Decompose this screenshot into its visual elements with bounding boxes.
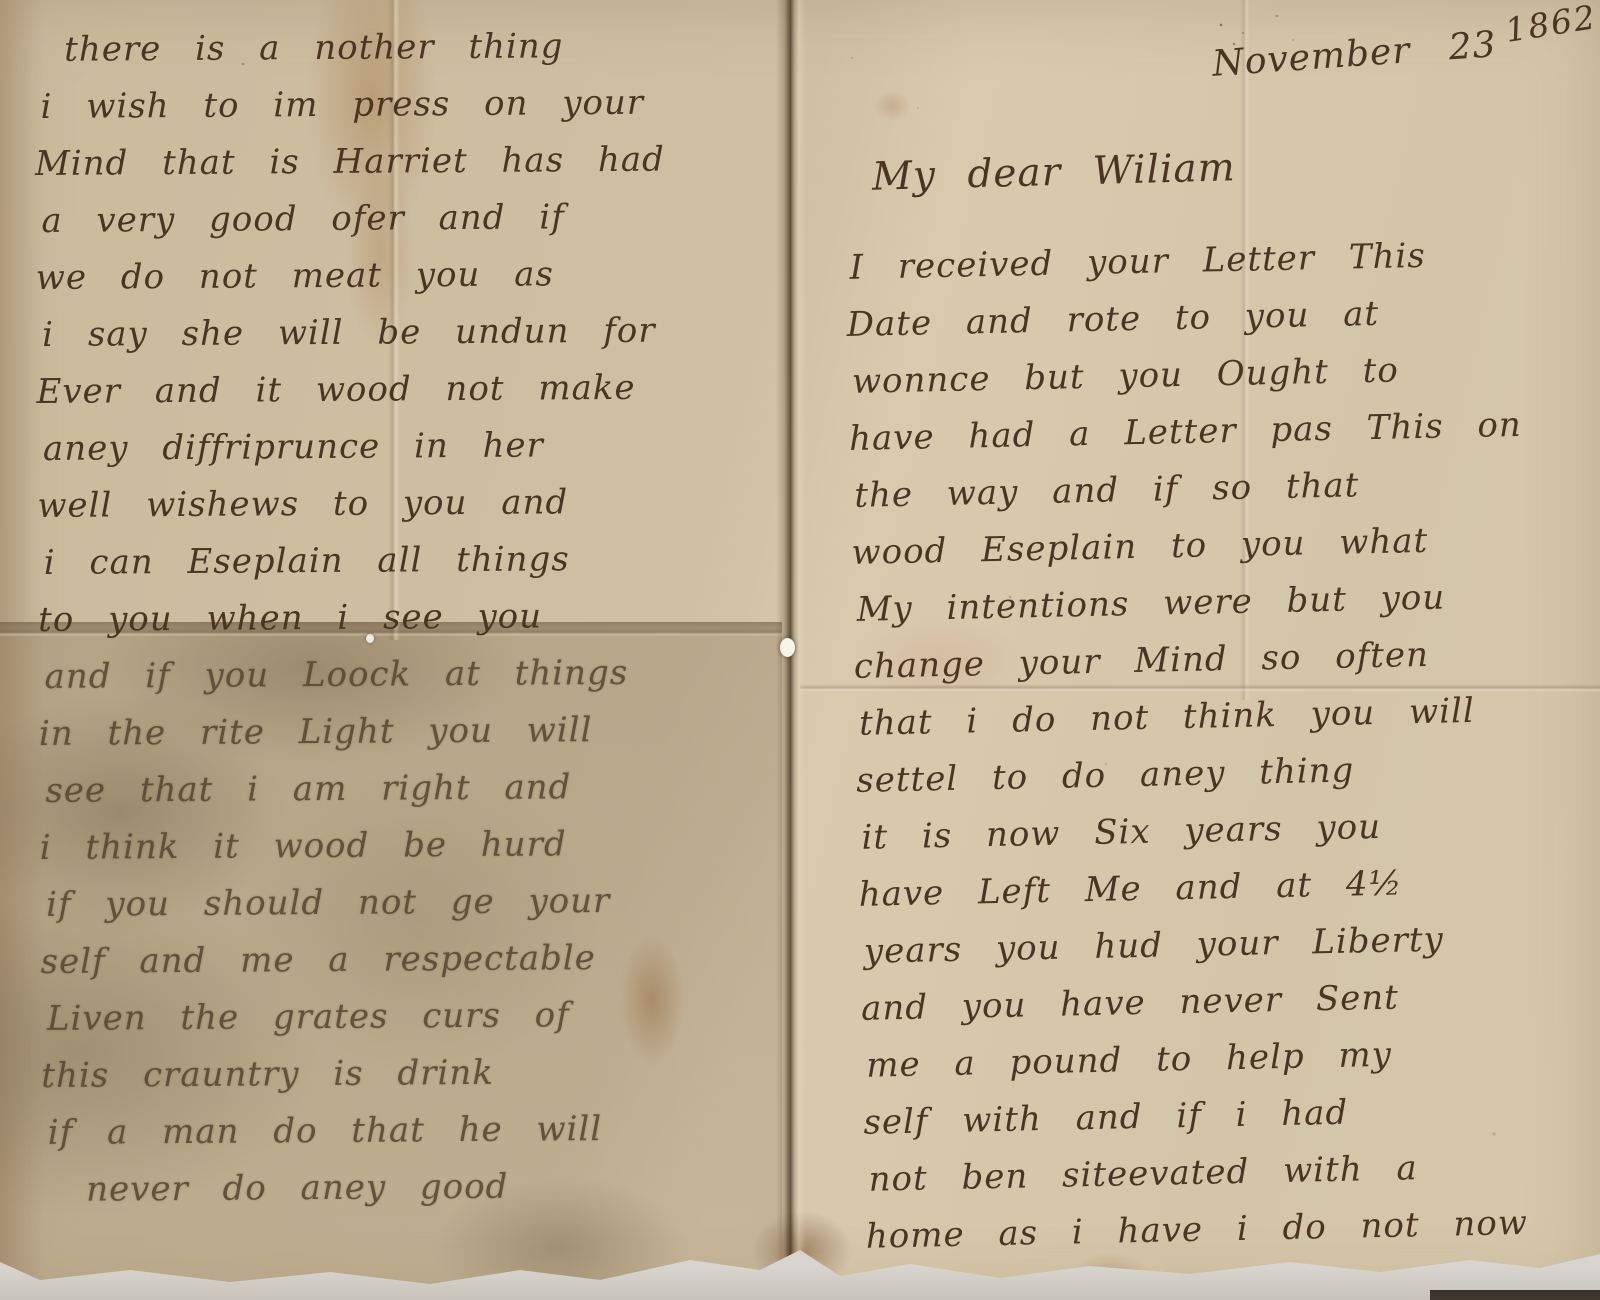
right-page-text: I received your Letter ThisDate and rote… [845, 225, 1600, 1266]
letter-line: Mind that is Harriet has had [35, 131, 777, 193]
letter-line: and if you Loock at things [38, 644, 780, 706]
letter-line: i can Eseplain all things [38, 530, 780, 592]
letter-line: this crauntry is drink [41, 1043, 783, 1105]
letter-line: if you should not ge your [40, 872, 782, 934]
letter-line: never do aney good [42, 1157, 784, 1219]
salutation: My dear Wiliam [871, 145, 1236, 200]
year-annotation: 1862 [1503, 0, 1600, 50]
left-page-text: there is a nother thingi wish to im pres… [34, 17, 784, 1219]
letter-line: we do not meat you as [36, 245, 778, 307]
letter-line: well wishews to you and [37, 473, 779, 535]
letter-line: a very good ofer and if [35, 188, 777, 250]
letter-line: there is a nother thing [34, 17, 776, 79]
letter-line: in the rite Light you will [39, 701, 781, 763]
date-line: November 23 [1211, 24, 1498, 85]
letter-paper: 1862 November 23 My dear Wiliam there is… [0, 0, 1600, 1300]
letter-line: if a man do that he will [42, 1100, 784, 1162]
fold-hole [780, 638, 795, 657]
letter-line: self and me a respectable [40, 929, 782, 991]
letter-line: i say she will be undun for [36, 302, 778, 364]
letter-line: Liven the grates curs of [41, 986, 783, 1048]
letter-line: Ever and it wood not make [36, 359, 778, 421]
scanned-letter-image: 1862 November 23 My dear Wiliam there is… [0, 0, 1600, 1300]
letter-line: see that i am right and [39, 758, 781, 820]
letter-line: to you when i see you [38, 587, 780, 649]
letter-line: aney diffriprunce in her [37, 416, 779, 478]
letter-line: i think it wood be hurd [40, 815, 782, 877]
letter-line: i wish to im press on your [34, 74, 776, 136]
